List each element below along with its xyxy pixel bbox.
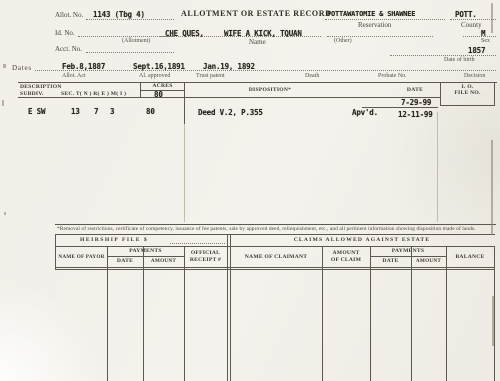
receipt-header-1: OFFICIAL <box>184 250 227 256</box>
heirship-label: HEIRSHIP FILE $ <box>80 237 148 243</box>
decision-label: Decision <box>464 73 485 79</box>
scan-speck <box>3 64 6 68</box>
bottom-header-top-rule <box>55 246 494 247</box>
allot-no-value: 1143 (Tbg 4) <box>93 10 145 19</box>
sex-label: Sex <box>481 38 490 44</box>
date-header: DATE <box>370 258 411 264</box>
table-left-edge-line <box>55 235 56 269</box>
acct-no-label: Acct. No. <box>55 45 82 53</box>
footnote-bottom-rule <box>55 234 495 235</box>
allotment-label: (Allotment) <box>122 38 150 44</box>
column-line <box>370 246 371 381</box>
row-approved: Apv'd. <box>352 108 378 117</box>
acres-label: ACRES <box>141 83 184 89</box>
faint-column-line <box>437 112 438 222</box>
other-label: (Other) <box>334 38 352 44</box>
payments-divider-rule <box>370 256 446 257</box>
probate-label: Probate No. <box>378 73 407 79</box>
page-title: ALLOTMENT OR ESTATE RECORD <box>181 9 329 18</box>
other-line <box>327 36 433 37</box>
column-line <box>446 246 447 381</box>
reservation-line <box>325 19 445 20</box>
name-line <box>159 36 321 37</box>
file-box-bottom-rule <box>440 105 495 106</box>
row-date-bottom: 12-11-99 <box>398 110 433 119</box>
dates-line <box>35 70 496 71</box>
footnote-top-rule <box>55 224 496 225</box>
scan-edge-artifact <box>491 3 493 33</box>
allot-act-label: Allot. Act <box>62 73 86 79</box>
io-file-label-2: FILE NO. <box>441 90 494 96</box>
reservation-label: Reservation <box>358 21 391 29</box>
scan-speck <box>4 212 6 215</box>
birth-line <box>390 55 496 56</box>
payments-header: PAYMENTS <box>107 248 184 254</box>
payments-header: PAYMENTS <box>370 248 446 254</box>
allot-no-line <box>86 19 174 20</box>
amount-header: AMOUNT <box>411 258 446 264</box>
tables-divider-line <box>227 235 228 381</box>
land-header-bottom-rule <box>18 97 440 98</box>
column-line <box>143 246 144 381</box>
scanned-form: Allot. No. 1143 (Tbg 4) ALLOTMENT OR EST… <box>0 0 500 381</box>
scan-speck <box>2 100 4 106</box>
payor-header: NAME OF PAYOR <box>56 254 107 260</box>
receipt-header-2: RECEIPT # <box>184 257 227 263</box>
row-subdiv: E SW <box>28 107 45 116</box>
payments-divider-rule <box>107 256 184 257</box>
acct-no-line <box>86 52 174 53</box>
row-sec: 13 <box>71 107 80 116</box>
row-disposition: Deed V.2, P.355 <box>198 108 263 117</box>
claimant-header: NAME OF CLAIMANT <box>230 254 322 260</box>
reservation-value: POTTAWATOMIE & SHAWNEE <box>327 10 415 18</box>
allot-no-label: Allot. No. <box>55 11 83 19</box>
dates-label: Dates <box>12 64 32 72</box>
amount-header: AMOUNT <box>143 258 184 264</box>
file-box-right-line <box>494 82 495 105</box>
column-line <box>107 246 108 381</box>
row-date-top: 7-29-99 <box>401 98 431 107</box>
birth-label: Date of birth <box>444 57 475 63</box>
column-line <box>322 246 323 381</box>
date-underline-rule <box>362 107 438 108</box>
al-approved-label: Al. approved <box>139 73 170 79</box>
row-township: 7 <box>94 107 98 116</box>
sex-line <box>463 36 496 37</box>
footnote-text: *Removal of restrictions, certificate of… <box>57 226 495 232</box>
scan-edge-artifact <box>492 296 494 346</box>
faint-column-line <box>184 124 185 222</box>
date-header: DATE <box>107 258 143 264</box>
column-line <box>411 246 412 381</box>
id-no-label: Id. No. <box>55 29 75 37</box>
table-right-edge-line <box>494 246 495 381</box>
date-column-label: DATE <box>395 87 435 93</box>
birth-value: 1857 <box>468 46 485 55</box>
trust-patent-label: Trust patent <box>196 73 225 79</box>
balance-header: BALANCE <box>446 254 494 260</box>
bottom-header-bottom-rule <box>55 269 494 270</box>
scan-edge-artifact <box>491 140 493 235</box>
name-label: Name <box>249 38 266 46</box>
claim-header-1: AMOUNT <box>322 250 370 256</box>
county-label: County <box>461 21 482 29</box>
column-line <box>184 246 185 381</box>
bottom-header-bottom-rule <box>55 267 494 268</box>
row-acres: 80 <box>146 107 155 116</box>
row-range: 3 <box>110 107 114 116</box>
land-table-top-rule <box>18 82 497 83</box>
acres-box-right-line <box>184 82 185 124</box>
claim-header-2: OF CLAIM <box>322 257 370 263</box>
death-label: Death <box>305 73 319 79</box>
disposition-label: DISPOSITION* <box>210 87 330 93</box>
county-line <box>450 19 496 20</box>
claims-title: CLAIMS ALLOWED AGAINST ESTATE <box>230 237 494 243</box>
description-label: DESCRIPTION <box>20 84 62 90</box>
county-value: POTT. <box>455 10 477 19</box>
heirship-line <box>170 243 225 244</box>
